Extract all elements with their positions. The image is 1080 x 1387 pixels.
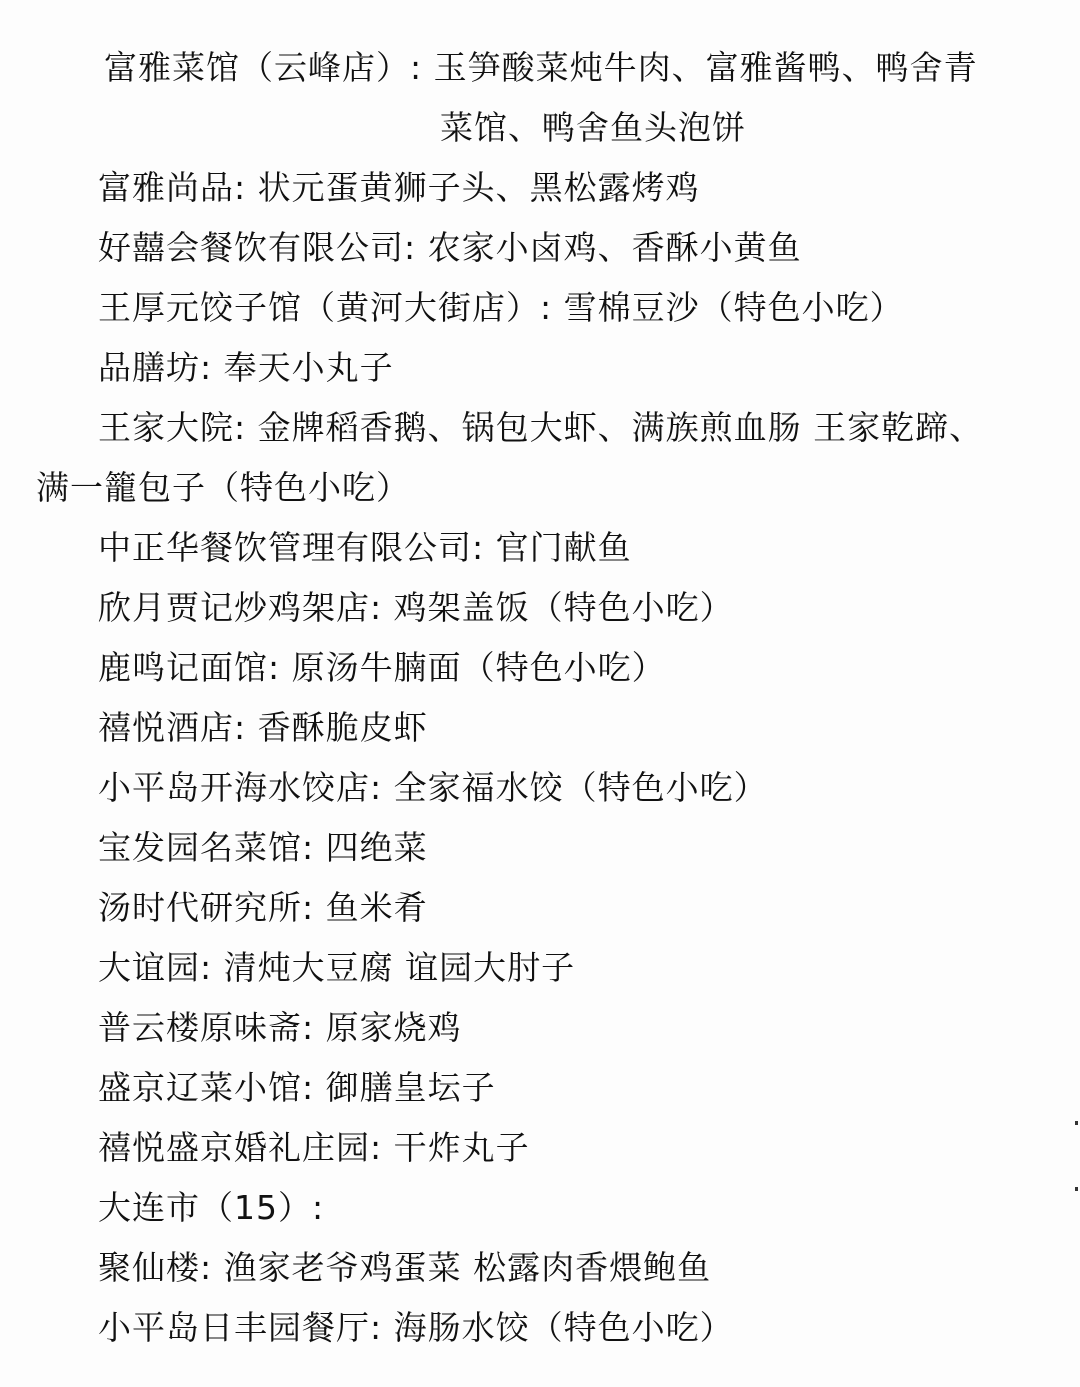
entry-baofayuan: 宝发园名菜馆: 四绝菜 [98, 828, 428, 868]
entry-fuya-caiguan-line1: 富雅菜馆（云峰店）: 玉笋酸菜炖牛肉、富雅酱鸭、鸭舍青 [104, 48, 978, 88]
entry-xiaopingdao-rifengyuan: 小平岛日丰园餐厅: 海肠水饺（特色小吃） [98, 1308, 734, 1348]
entry-luming-ji: 鹿鸣记面馆: 原汤牛腩面（特色小吃） [98, 648, 666, 688]
scan-speck [1075, 1121, 1078, 1125]
entry-juxianlou: 聚仙楼: 渔家老爷鸡蛋菜 松露肉香煨鲍鱼 [98, 1248, 711, 1288]
entry-wangjiadayuan-line2: 满一籠包子（特色小吃） [36, 468, 410, 508]
entry-fuya-shangpin: 富雅尚品: 状元蛋黄狮子头、黑松露烤鸡 [98, 168, 700, 208]
entry-haoxihui: 好囍会餐饮有限公司: 农家小卤鸡、香酥小黄鱼 [98, 228, 802, 268]
entry-pinshanfang: 品膳坊: 奉天小丸子 [98, 348, 394, 388]
entry-xiyue-hotel: 禧悦酒店: 香酥脆皮虾 [98, 708, 428, 748]
entry-wangjiadayuan-line1: 王家大院: 金牌稻香鹅、锅包大虾、满族煎血肠 王家乾蹄、 [98, 408, 983, 448]
entry-zhongzhenghua: 中正华餐饮管理有限公司: 官门献鱼 [98, 528, 632, 568]
entry-xiyue-shengjing: 禧悦盛京婚礼庄园: 干炸丸子 [98, 1128, 530, 1168]
scanned-document-page: 富雅菜馆（云峰店）: 玉笋酸菜炖牛肉、富雅酱鸭、鸭舍青 菜馆、鸭舍鱼头泡饼 富雅… [0, 0, 1080, 1387]
entry-wanghouyuan: 王厚元饺子馆（黄河大街店）: 雪棉豆沙（特色小吃） [98, 288, 904, 328]
entry-tangshidai: 汤时代研究所: 鱼米肴 [98, 888, 428, 928]
entry-dayiyuan: 大谊园: 清炖大豆腐 谊园大肘子 [98, 948, 575, 988]
section-heading-dalian: 大连市（15）: [98, 1188, 324, 1228]
scan-speck [1075, 1187, 1078, 1191]
entry-xinyue-jiaji: 欣月贾记炒鸡架店: 鸡架盖饭（特色小吃） [98, 588, 734, 628]
entry-puyunlou: 普云楼原味斋: 原家烧鸡 [98, 1008, 462, 1048]
entry-fuya-caiguan-line2: 菜馆、鸭舍鱼头泡饼 [440, 108, 746, 148]
entry-xiaopingdao-kaihai: 小平岛开海水饺店: 全家福水饺（特色小吃） [98, 768, 768, 808]
entry-shengjing-liaocai: 盛京辽菜小馆: 御膳皇坛子 [98, 1068, 496, 1108]
